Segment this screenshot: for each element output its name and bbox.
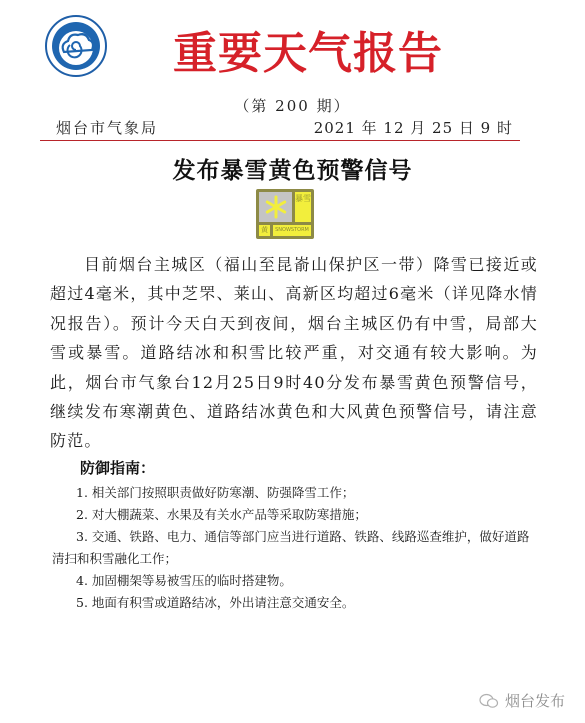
signal-type-label: 暴雪 [295, 192, 311, 222]
report-body: 目前烟台主城区（福山至昆嵛山保护区一带）降雪已接近或超过4毫米，其中芝罘、莱山、… [50, 250, 538, 456]
guide-item: 3. 交通、铁路、电力、通信等部门应当进行道路、铁路、线路巡查维护，做好道路清扫… [52, 526, 530, 570]
guide-item: 2. 对大棚蔬菜、水果及有关水产品等采取防寒措施； [52, 504, 530, 526]
guide-heading: 防御指南： [80, 457, 155, 478]
snowstorm-yellow-signal: 暴雪 黄 SNOWSTORM [256, 189, 314, 239]
bureau-logo [44, 14, 108, 78]
snowflake-icon [264, 195, 288, 219]
warning-headline: 发布暴雪黄色预警信号 [0, 152, 585, 185]
guide-item: 1. 相关部门按照职责做好防寒潮、防强降雪工作； [52, 482, 530, 504]
snowflake-panel [259, 192, 292, 222]
guide-item: 5. 地面有积雪或道路结冰，外出请注意交通安全。 [52, 592, 530, 614]
report-title: 重要天气报告 [168, 26, 448, 82]
header-divider [40, 140, 520, 141]
issue-number: （第 200 期） [0, 95, 585, 116]
watermark: 烟台发布 [479, 690, 565, 711]
signal-level-label: 黄 [259, 225, 270, 236]
wechat-icon [479, 693, 499, 709]
watermark-text: 烟台发布 [505, 690, 565, 711]
issue-datetime: 2021 年 12 月 25 日 9 时 [314, 117, 513, 138]
signal-english-label: SNOWSTORM [273, 225, 311, 236]
guide-list: 1. 相关部门按照职责做好防寒潮、防强降雪工作； 2. 对大棚蔬菜、水果及有关水… [52, 482, 530, 614]
bureau-emblem-icon [44, 14, 108, 78]
guide-item: 4. 加固棚架等易被雪压的临时搭建物。 [52, 570, 530, 592]
issuer-name: 烟台市气象局 [56, 117, 158, 138]
